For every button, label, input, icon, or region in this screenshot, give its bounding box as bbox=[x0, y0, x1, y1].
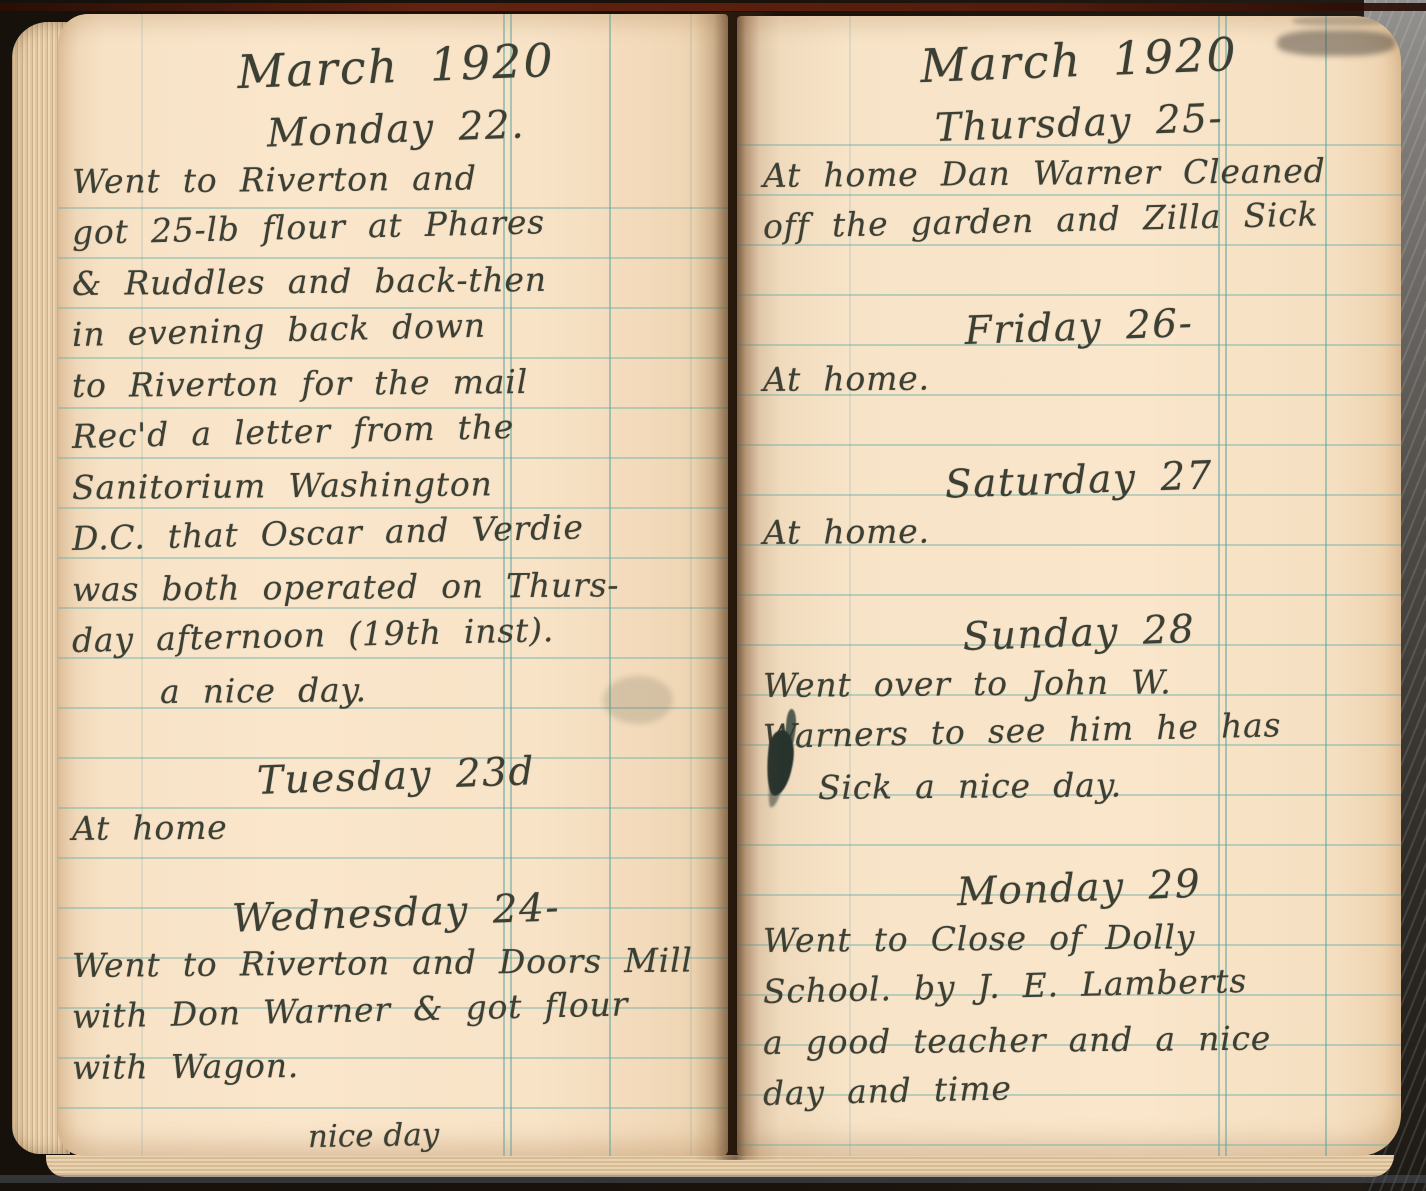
right-page-content: March 1920 Thursday 25-At home Dan Warne… bbox=[737, 16, 1401, 1156]
diary-entry: Friday 26-At home. bbox=[763, 302, 1395, 405]
diary-entry: Wednesday 24-Went to Riverton and Doors … bbox=[72, 888, 720, 1093]
diary-entry: Monday 22.Went to Riverton andgot 25-lb … bbox=[72, 104, 720, 717]
entry-text-line: with Wagon. bbox=[72, 1036, 720, 1093]
entry-text-line: At home. bbox=[763, 348, 1395, 405]
entries-right: Thursday 25-At home Dan Warner Cleanedof… bbox=[763, 98, 1395, 1119]
entry-text-line: At home bbox=[72, 797, 720, 854]
page-stack-edges-bottom bbox=[46, 1155, 1394, 1177]
entry-text-line: Sick a nice day. bbox=[818, 757, 1395, 813]
diary-entry: Tuesday 23dAt home bbox=[72, 751, 720, 854]
entry-closing-line: a nice day. bbox=[160, 661, 720, 717]
diary-photo: March 1920 Monday 22.Went to Riverton an… bbox=[0, 0, 1426, 1191]
diary-entry: Monday 29Went to Close of DollySchool. b… bbox=[763, 863, 1395, 1119]
left-page-content: March 1920 Monday 22.Went to Riverton an… bbox=[58, 14, 728, 1156]
diary-entry: Thursday 25-At home Dan Warner Cleanedof… bbox=[763, 98, 1395, 252]
diary-entry: Saturday 27At home. bbox=[763, 455, 1395, 558]
entry-text-line: At home. bbox=[763, 501, 1395, 558]
ink-smudge-top-right bbox=[1277, 30, 1395, 56]
entries-left: Monday 22.Went to Riverton andgot 25-lb … bbox=[72, 104, 720, 1093]
top-red-edge bbox=[0, 3, 1426, 11]
diary-page-right: March 1920 Thursday 25-At home Dan Warne… bbox=[737, 16, 1401, 1156]
bottom-shadow-band bbox=[0, 1175, 1426, 1183]
ink-smudge-top-right bbox=[1293, 16, 1383, 26]
diary-entry: Sunday 28Went over to John W.Warners to … bbox=[763, 608, 1395, 813]
diary-page-left: March 1920 Monday 22.Went to Riverton an… bbox=[58, 14, 728, 1156]
